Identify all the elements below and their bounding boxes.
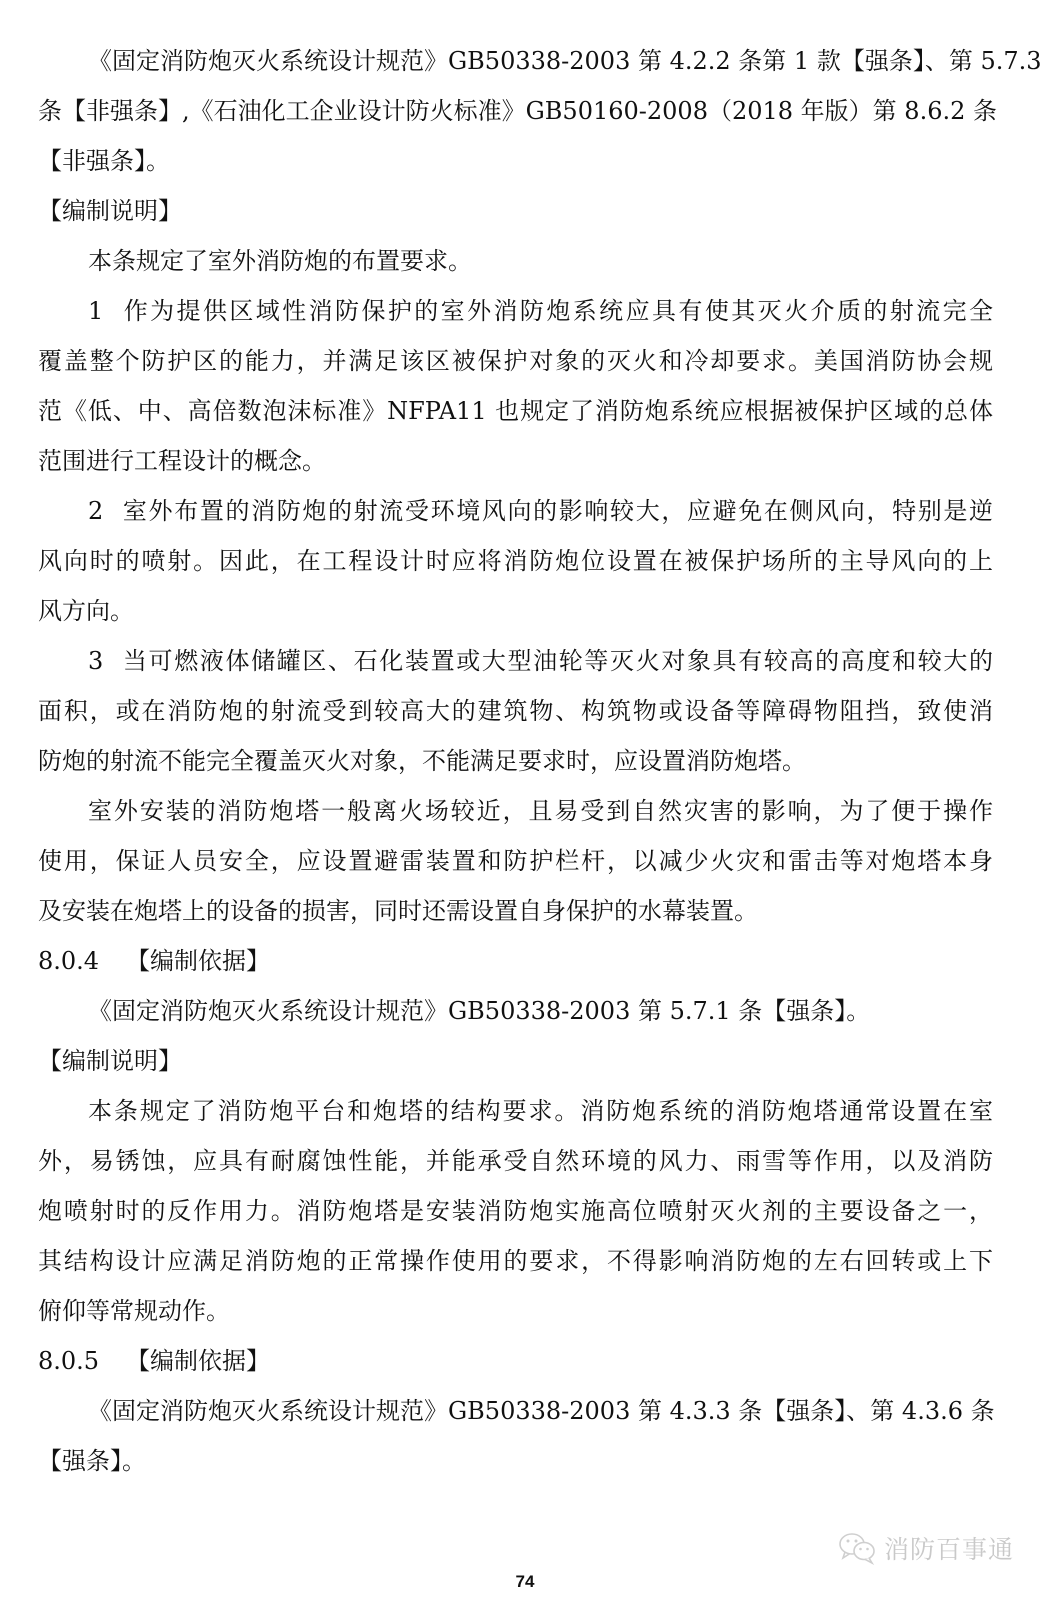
basis-text: 《固定消防炮灭火系统设计规范》GB50338-2003 第 5.7.1 条【强条… bbox=[38, 986, 993, 1036]
explanation-line: 外，易锈蚀，应具有耐腐蚀性能，并能承受自然环境的风力、雨雪等作用，以及消防 bbox=[38, 1136, 993, 1186]
paragraph-tower-line: 使用，保证人员安全，应设置避雷装置和防护栏杆，以减少火灾和雷击等对炮塔本身 bbox=[38, 836, 993, 886]
list-item-1-line: 范围进行工程设计的概念。 bbox=[38, 436, 993, 486]
explanation-line: 俯仰等常规动作。 bbox=[38, 1286, 993, 1336]
list-item-number: 3 bbox=[88, 647, 103, 675]
list-item-2-line: 风向时的喷射。因此，在工程设计时应将消防炮位设置在被保护场所的主导风向的上 bbox=[38, 536, 993, 586]
section-number: 8.0.5 bbox=[38, 1336, 126, 1386]
page-number: 74 bbox=[0, 1572, 1050, 1592]
list-item-2-line: 风方向。 bbox=[38, 586, 993, 636]
explanation-line: 炮喷射时的反作用力。消防炮塔是安装消防炮实施高位喷射灭火剂的主要设备之一， bbox=[38, 1186, 993, 1236]
watermark: 消防百事通 bbox=[838, 1530, 1014, 1566]
reference-line: 《固定消防炮灭火系统设计规范》GB50338-2003 第 4.2.2 条第 1… bbox=[38, 36, 993, 86]
section-label-explanation: 【编制说明】 bbox=[38, 186, 993, 236]
section-heading-8-0-5: 8.0.5【编制依据】 bbox=[38, 1336, 993, 1386]
paragraph-intro: 本条规定了室外消防炮的布置要求。 bbox=[38, 236, 993, 286]
list-item-3-line: 3当可燃液体储罐区、石化装置或大型油轮等灭火对象具有较高的高度和较大的 bbox=[38, 636, 993, 686]
list-item-text: 当可燃液体储罐区、石化装置或大型油轮等灭火对象具有较高的高度和较大的 bbox=[121, 647, 993, 675]
basis-text: 【强条】。 bbox=[38, 1436, 993, 1486]
list-item-1-line: 1作为提供区域性消防保护的室外消防炮系统应具有使其灭火介质的射流完全 bbox=[38, 286, 993, 336]
section-label-basis: 【编制依据】 bbox=[126, 947, 270, 975]
list-item-1-line: 覆盖整个防护区的能力，并满足该区被保护对象的灭火和冷却要求。美国消防协会规 bbox=[38, 336, 993, 386]
paragraph-tower-line: 室外安装的消防炮塔一般离火场较近，且易受到自然灾害的影响，为了便于操作 bbox=[38, 786, 993, 836]
list-item-1-line: 范《低、中、高倍数泡沫标准》NFPA11 也规定了消防炮系统应根据被保护区域的总… bbox=[38, 386, 993, 436]
basis-text: 《固定消防炮灭火系统设计规范》GB50338-2003 第 4.3.3 条【强条… bbox=[38, 1386, 993, 1436]
list-item-3-line: 面积，或在消防炮的射流受到较高大的建筑物、构筑物或设备等障碍物阻挡，致使消 bbox=[38, 686, 993, 736]
section-label-explanation: 【编制说明】 bbox=[38, 1036, 993, 1086]
list-item-number: 1 bbox=[88, 297, 103, 325]
wechat-icon bbox=[838, 1531, 878, 1565]
reference-line: 条【非强条】,《石油化工企业设计防火标准》GB50160-2008（2018 年… bbox=[38, 86, 993, 136]
list-item-number: 2 bbox=[88, 497, 103, 525]
section-heading-8-0-4: 8.0.4【编制依据】 bbox=[38, 936, 993, 986]
reference-line: 【非强条】。 bbox=[38, 136, 993, 186]
list-item-2-line: 2室外布置的消防炮的射流受环境风向的影响较大，应避免在侧风向，特别是逆 bbox=[38, 486, 993, 536]
document-page: 《固定消防炮灭火系统设计规范》GB50338-2003 第 4.2.2 条第 1… bbox=[38, 36, 993, 1486]
explanation-line: 其结构设计应满足消防炮的正常操作使用的要求，不得影响消防炮的左右回转或上下 bbox=[38, 1236, 993, 1286]
list-item-text: 室外布置的消防炮的射流受环境风向的影响较大，应避免在侧风向，特别是逆 bbox=[121, 497, 993, 525]
section-label-basis: 【编制依据】 bbox=[126, 1347, 270, 1375]
list-item-text: 作为提供区域性消防保护的室外消防炮系统应具有使其灭火介质的射流完全 bbox=[121, 297, 993, 325]
section-number: 8.0.4 bbox=[38, 936, 126, 986]
list-item-3-line: 防炮的射流不能完全覆盖灭火对象，不能满足要求时，应设置消防炮塔。 bbox=[38, 736, 993, 786]
paragraph-tower-line: 及安装在炮塔上的设备的损害，同时还需设置自身保护的水幕装置。 bbox=[38, 886, 993, 936]
explanation-line: 本条规定了消防炮平台和炮塔的结构要求。消防炮系统的消防炮塔通常设置在室 bbox=[38, 1086, 993, 1136]
watermark-text: 消防百事通 bbox=[884, 1530, 1014, 1566]
